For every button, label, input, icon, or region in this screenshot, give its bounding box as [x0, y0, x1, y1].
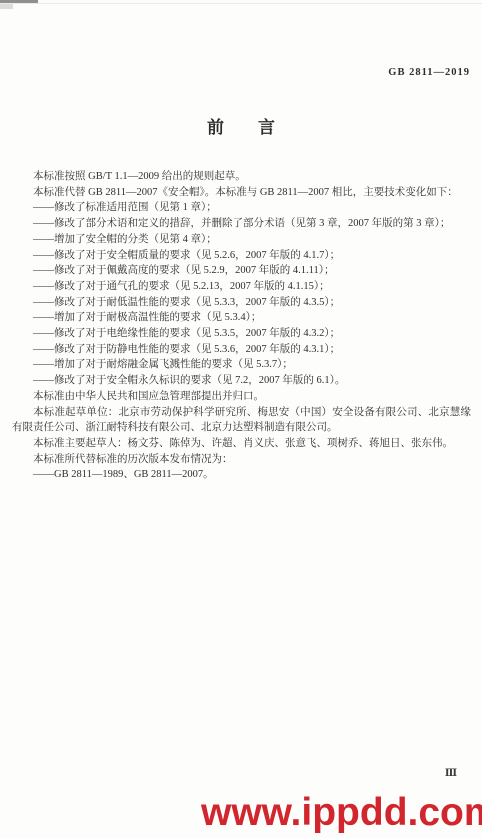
page-title: 前 言: [0, 113, 482, 138]
watermark: www.ippdd.com: [201, 792, 482, 834]
paragraph: ——修改了对于通气孔的要求（见 5.2.13，2007 年版的 4.1.15）；: [12, 279, 471, 295]
paragraph: 本标准起草单位：北京市劳动保护科学研究所、梅思安（中国）安全设备有限公司、北京慧…: [12, 405, 471, 436]
page-number: Ⅲ: [445, 768, 457, 779]
paragraph: ——增加了对于耐极高温性能的要求（见 5.3.4）；: [12, 310, 471, 326]
paragraph: ——修改了对于耐低温性能的要求（见 5.3.3，2007 年版的 4.3.5）；: [12, 295, 471, 311]
standard-code: GB 2811—2019: [388, 67, 470, 78]
paragraph: ——修改了对于佩戴高度的要求（见 5.2.9，2007 年版的 4.1.11）；: [12, 263, 471, 279]
scan-artifact-line: [0, 3, 482, 4]
paragraph: ——修改了对于防静电性能的要求（见 5.3.6，2007 年版的 4.3.1）；: [12, 342, 471, 358]
foreword-body: 本标准按照 GB/T 1.1—2009 给出的规则起草。 本标准代替 GB 28…: [12, 169, 471, 483]
paragraph: 本标准主要起草人：杨文芬、陈倬为、许超、肖义庆、张意飞、项树乔、蒋旭日、张东伟。: [12, 436, 471, 452]
paragraph: ——修改了对于电绝缘性能的要求（见 5.3.5，2007 年版的 4.3.2）；: [12, 326, 471, 342]
document-page: GB 2811—2019 前 言 本标准按照 GB/T 1.1—2009 给出的…: [0, 0, 482, 838]
paragraph: 本标准代替 GB 2811—2007《安全帽》。本标准与 GB 2811—200…: [12, 185, 471, 201]
paragraph: ——修改了部分术语和定义的措辞，并删除了部分术语（见第 3 章，2007 年版的…: [12, 216, 471, 232]
paragraph: ——修改了标准适用范围（见第 1 章）；: [12, 200, 471, 216]
paragraph: 本标准由中华人民共和国应急管理部提出并归口。: [12, 389, 471, 405]
paragraph: ——增加了安全帽的分类（见第 4 章）；: [12, 232, 471, 248]
paragraph: ——修改了对于安全帽质量的要求（见 5.2.6，2007 年版的 4.1.7）；: [12, 248, 471, 264]
paragraph: ——GB 2811—1989、GB 2811—2007。: [12, 467, 471, 483]
paragraph: 本标准按照 GB/T 1.1—2009 给出的规则起草。: [12, 169, 471, 185]
paragraph: 本标准所代替标准的历次版本发布情况为：: [12, 452, 471, 468]
paragraph: ——修改了对于安全帽永久标识的要求（见 7.2，2007 年版的 6.1）。: [12, 373, 471, 389]
paragraph: ——增加了对于耐熔融金属飞溅性能的要求（见 5.3.7）；: [12, 357, 471, 373]
